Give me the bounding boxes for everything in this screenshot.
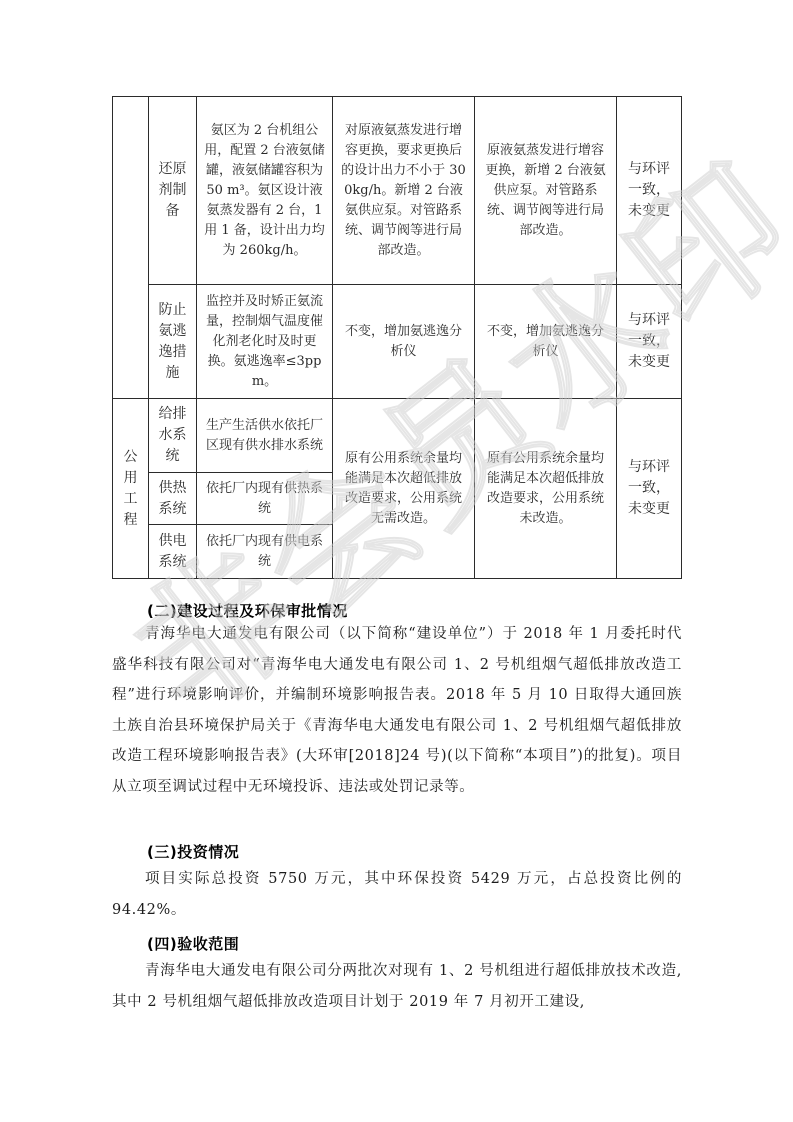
eia-requirement-cell: 原有公用系统余量均能满足本次超低排放改造要求，公用系统无需改造。	[333, 399, 475, 579]
item-cell: 防止氨逃逸措施	[149, 285, 197, 399]
category-cell-public-works: 公用工程	[113, 399, 149, 579]
eia-content-cell: 生产生活供水依托厂区现有供水排水系统	[197, 399, 333, 473]
document-page: 还原剂制备 氨区为 2 台机组公用，配置 2 台液氨储罐，液氨储罐容积为 50 …	[0, 0, 793, 1122]
eia-requirement-cell: 不变，增加氨逃逸分析仪	[333, 285, 475, 399]
section-heading-investment: (三)投资情况	[147, 841, 239, 862]
eia-content-cell: 依托厂内现有供电系统	[197, 525, 333, 579]
item-cell: 还原剂制备	[149, 97, 197, 285]
section-body-construction-approval: 青海华电大通发电有限公司（以下简称“建设单位”）于 2018 年 1 月委托时代…	[112, 619, 682, 802]
category-cell	[113, 97, 149, 399]
result-cell: 与环评一致，未变更	[617, 97, 682, 285]
table-row: 防止氨逃逸措施 监控并及时矫正氨流量，控制烟气温度催化剂老化时及时更换。氨逃逸率…	[113, 285, 682, 399]
item-cell: 给排水系统	[149, 399, 197, 473]
section-body-investment: 项目实际总投资 5750 万元，其中环保投资 5429 万元，占总投资比例的 9…	[112, 864, 682, 925]
section-heading-construction-approval: (二)建设过程及环保审批情况	[147, 600, 348, 621]
actual-construction-cell: 原液氨蒸发进行增容更换，新增 2 台液氨供应泵。对管路系统、调节阀等进行局部改造…	[475, 97, 617, 285]
eia-content-cell: 监控并及时矫正氨流量，控制烟气温度催化剂老化时及时更换。氨逃逸率≤3ppm。	[197, 285, 333, 399]
table-row: 公用工程 给排水系统 生产生活供水依托厂区现有供水排水系统 原有公用系统余量均能…	[113, 399, 682, 473]
section-heading-acceptance-scope: (四)验收范围	[147, 933, 239, 954]
result-cell: 与环评一致，未变更	[617, 399, 682, 579]
eia-requirement-cell: 对原液氨蒸发进行增容更换，要求更换后的设计出力不小于 300kg/h。新增 2 …	[333, 97, 475, 285]
item-cell: 供电系统	[149, 525, 197, 579]
actual-construction-cell: 不变，增加氨逃逸分析仪	[475, 285, 617, 399]
project-comparison-table: 还原剂制备 氨区为 2 台机组公用，配置 2 台液氨储罐，液氨储罐容积为 50 …	[112, 96, 682, 579]
result-cell: 与环评一致，未变更	[617, 285, 682, 399]
actual-construction-cell: 原有公用系统余量均能满足本次超低排放改造要求，公用系统未改造。	[475, 399, 617, 579]
section-body-acceptance-scope: 青海华电大通发电有限公司分两批次对现有 1、2 号机组进行超低排放技术改造,其中…	[112, 956, 682, 1017]
table-row: 还原剂制备 氨区为 2 台机组公用，配置 2 台液氨储罐，液氨储罐容积为 50 …	[113, 97, 682, 285]
item-cell: 供热系统	[149, 473, 197, 525]
eia-content-cell: 依托厂内现有供热系统	[197, 473, 333, 525]
eia-content-cell: 氨区为 2 台机组公用，配置 2 台液氨储罐，液氨储罐容积为 50 m³。氨区设…	[197, 97, 333, 285]
